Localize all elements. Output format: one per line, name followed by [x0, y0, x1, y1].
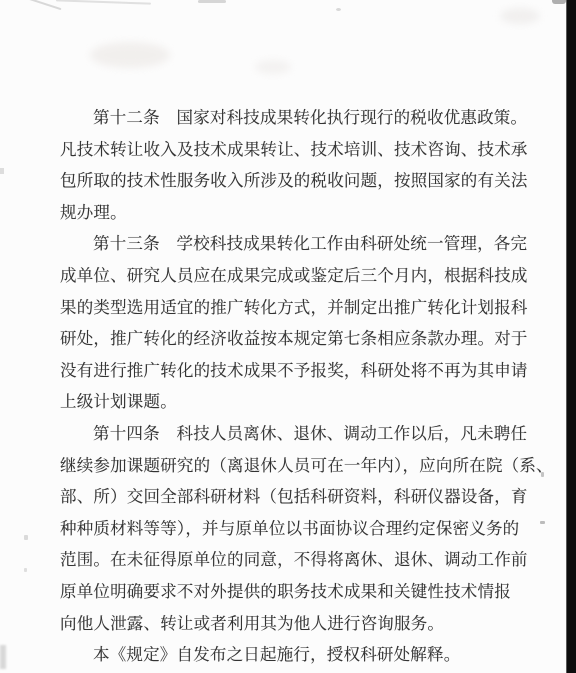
text-line: 成单位、研究人员应在成果完成或鉴定后三个月内，根据科技成 [60, 260, 532, 292]
scan-artifact-streak [198, 0, 226, 3]
text-line: 部、所）交回全部科研材料（包括科研资料，科研仪器设备，育 [60, 481, 532, 513]
text-line-article-12: 第十二条 国家对科技成果转化执行现行的税收优惠政策。 [60, 102, 532, 134]
scan-artifact-streak [29, 0, 62, 10]
text-line: 规办理。 [60, 197, 532, 229]
text-line: 没有进行推广转化的技术成果不予报奖，科研处将不再为其申请 [60, 355, 532, 387]
scan-artifact-speck [24, 568, 27, 572]
text-line: 向他人泄露、转让或者利用其为他人进行咨询服务。 [60, 608, 532, 640]
text-line-article-13: 第十三条 学校科技成果转化工作由科研处统一管理，各完 [60, 228, 532, 260]
scan-artifact-smudge [552, 0, 566, 4]
scan-artifact-smudge [0, 645, 6, 669]
scanner-edge-bar [566, 0, 576, 673]
scan-artifact-speck [540, 521, 545, 524]
scan-artifact-blob [90, 42, 170, 68]
text-line: 原单位明确要求不对外提供的职务技术成果和关键性技术情报 [60, 576, 532, 608]
scan-artifact-speck [0, 168, 4, 174]
document-text-block: 第十二条 国家对科技成果转化执行现行的税收优惠政策。 凡技术转让收入及技术成果转… [60, 102, 532, 671]
scan-artifact-blob [500, 8, 540, 24]
scan-artifact-blob [255, 60, 291, 74]
text-line: 凡技术转让收入及技术成果转让、技术培训、技术咨询、技术承 [60, 134, 532, 166]
text-line: 果的类型选用适宜的推广转化方式，并制定出推广转化计划报科 [60, 292, 532, 324]
scan-artifact-speck [336, 8, 341, 11]
text-line-closing-clause: 本《规定》自发布之日起施行，授权科研处解释。 [60, 639, 532, 671]
text-line: 包所取的技术性服务收入所涉及的税收问题，按照国家的有关法 [60, 165, 532, 197]
scan-artifact-speck [24, 535, 28, 540]
text-line: 上级计划课题。 [60, 386, 532, 418]
scanned-document-page: 第十二条 国家对科技成果转化执行现行的税收优惠政策。 凡技术转让收入及技术成果转… [0, 0, 576, 673]
text-line: 种种质材料等等），并与原单位以书面协议合理约定保密义务的 [60, 513, 532, 545]
text-line: 范围。在未征得原单位的同意，不得将离休、退休、调动工作前 [60, 544, 532, 576]
text-line-article-14: 第十四条 科技人员离休、退休、调动工作以后，凡未聘任 [60, 418, 532, 450]
scan-artifact-streak [56, 0, 151, 5]
text-line: 继续参加课题研究的（离退休人员可在一年内），应向所在院（系、 [60, 450, 532, 482]
text-line: 研处，推广转化的经济收益按本规定第七条相应条款办理。对于 [60, 323, 532, 355]
